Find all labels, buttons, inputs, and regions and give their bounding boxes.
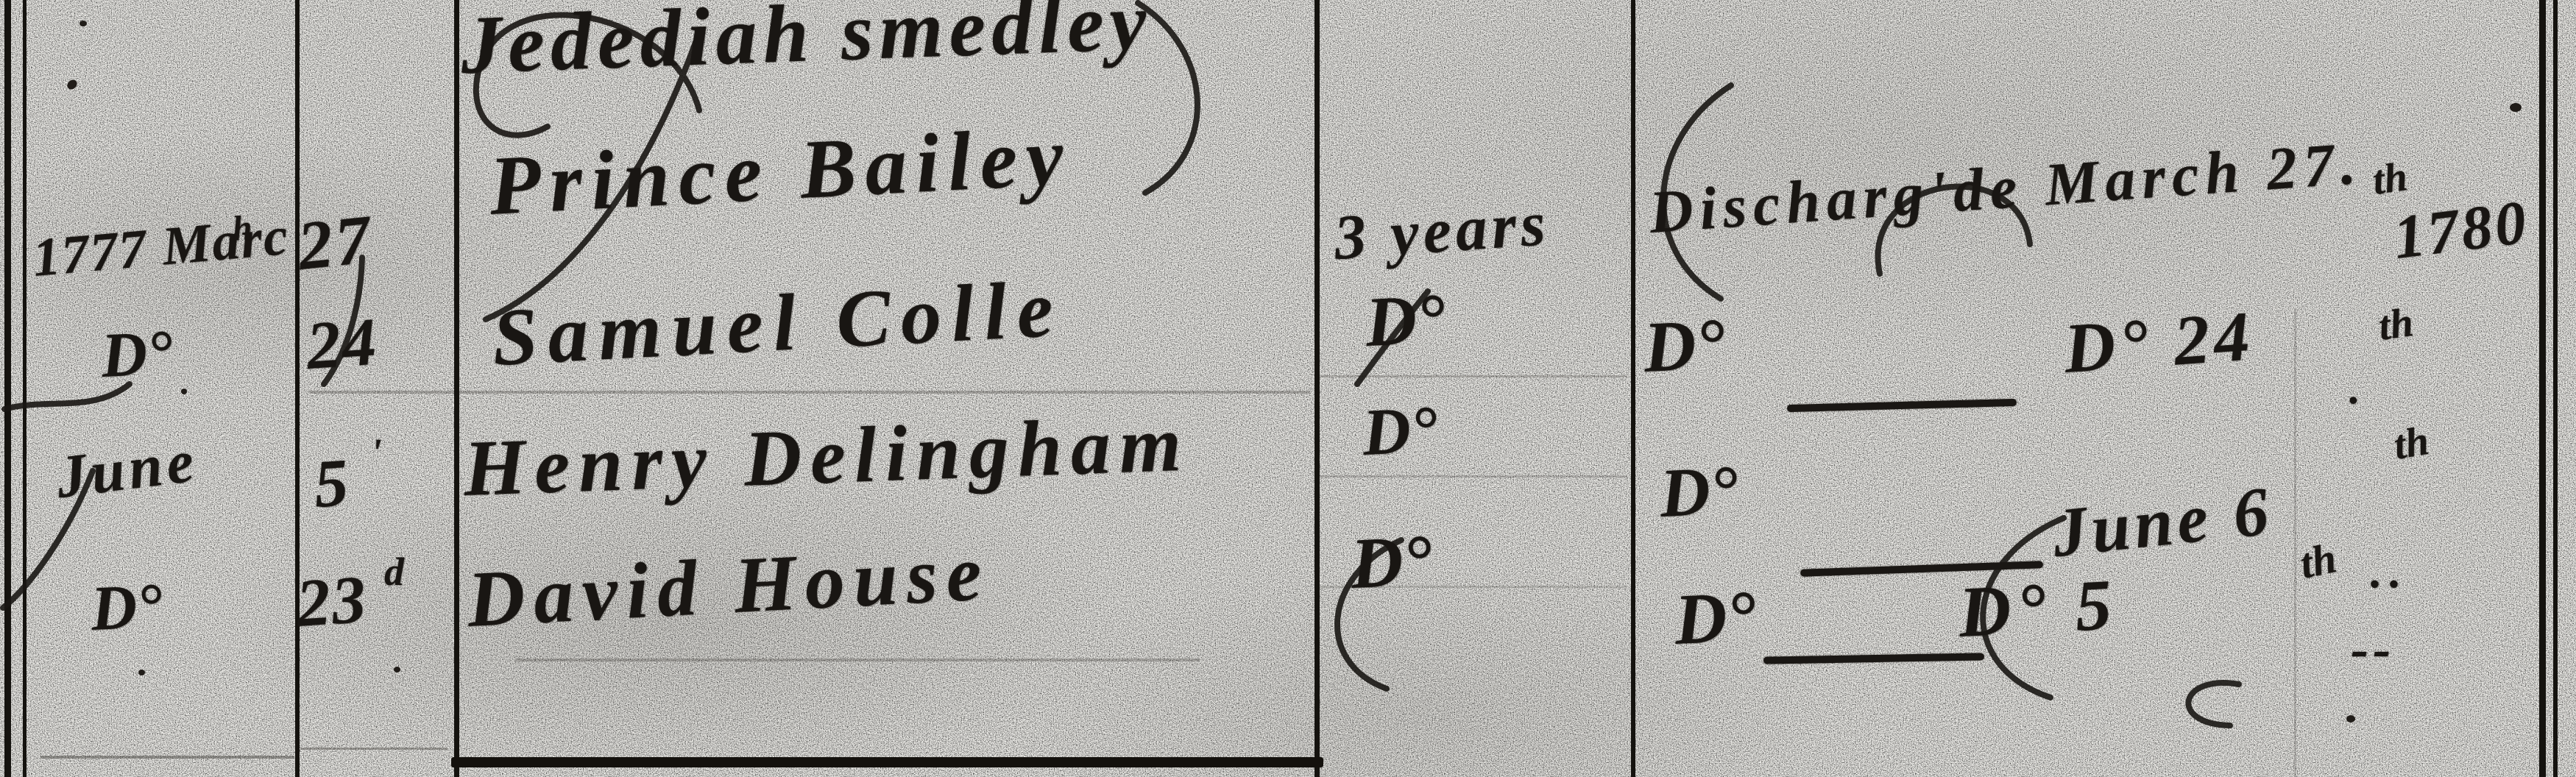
- entry-row1-date-superscript: h: [231, 210, 254, 247]
- ruled-baseline: [515, 659, 1200, 661]
- entry-row1-day: 27: [294, 205, 376, 281]
- ruled-baseline: [40, 756, 294, 759]
- ink-speck: [181, 388, 187, 394]
- ledger-page: Jedediah smedley 1777 Marc h 27 Prince B…: [0, 0, 2576, 777]
- ink-speck: [66, 78, 79, 91]
- entry-row3-date: June: [53, 430, 201, 508]
- ink-speck: [2346, 715, 2355, 723]
- entry-row4-ditto-dash: [1763, 653, 1984, 664]
- entry-row2-discharge-date: D° 24: [2062, 300, 2256, 384]
- ruled-baseline: [300, 748, 447, 750]
- col-divider-date-day: [295, 0, 300, 777]
- ruled-baseline: [309, 391, 1310, 394]
- entry-row4-discharge-ditto: D°: [1673, 580, 1758, 656]
- entry-row3-discharge-superscript: th: [2391, 420, 2432, 466]
- ruled-baseline: [1320, 475, 1627, 478]
- right-inner-rule: [2539, 0, 2546, 777]
- entry-row1-discharge: Discharg'de March 27.: [1647, 133, 2364, 243]
- entry-row1-discharge-superscript: th: [2370, 156, 2410, 202]
- col-divider-day-name: [454, 0, 459, 777]
- left-outer-rule: [4, 0, 11, 777]
- entry-row2-day: 24: [305, 308, 380, 380]
- col-divider-term-discharge: [1631, 0, 1635, 777]
- entry-row4-discharge-superscript: th: [2296, 536, 2340, 586]
- entry-row4-day-superscript: d: [384, 552, 404, 592]
- entry-row1-term: 3 years: [1332, 191, 1551, 269]
- entry-row3-discharge-date: June 6: [2049, 476, 2276, 568]
- cut-off-curve: [2188, 683, 2239, 725]
- entry-name-jedediah-smedley: Jedediah smedley: [459, 0, 1153, 87]
- ink-speck: [138, 670, 145, 675]
- entry-row3-name: Henry Delingham: [462, 405, 1191, 509]
- ruled-baseline: [1320, 375, 1627, 377]
- entry-row1-discharge-year: 1780: [2391, 191, 2533, 269]
- right-outer-rule: [2553, 0, 2558, 777]
- entry-row2-name: Samuel Colle: [490, 268, 1065, 378]
- entry-row2-discharge-superscript: th: [2376, 302, 2416, 347]
- entry-row2-ditto-dash: [1787, 399, 2017, 412]
- entry-row3-day-mark: ': [371, 434, 381, 472]
- col-divider-name-term: [1314, 0, 1320, 777]
- ink-speck: [79, 21, 87, 26]
- entry-row3-day: 5: [312, 448, 350, 518]
- bottom-border-rule: [451, 757, 1323, 767]
- left-inner-rule: [23, 0, 26, 777]
- entry-row4-name: David House: [465, 533, 992, 640]
- entry-row2-date: D°: [99, 320, 174, 387]
- entry-row1-date: 1777 Marc: [31, 209, 291, 285]
- paper-grain-texture: [0, 0, 2576, 777]
- entry-row3-discharge-mark: ··: [2368, 561, 2407, 608]
- entry-row4-discharge-date: D° 5: [1957, 569, 2119, 649]
- entry-row4-term: D°: [1349, 524, 1434, 600]
- entry-row2-discharge-ditto: D°: [1642, 308, 1727, 384]
- entry-row3-discharge-ditto: D°: [1658, 455, 1739, 528]
- entry-row3-term: D°: [1361, 397, 1439, 466]
- ink-speck: [394, 667, 400, 673]
- entry-row4-date: D°: [89, 573, 163, 640]
- entry-row4-day: 23: [294, 565, 369, 637]
- entry-row2-discharge-mark: .: [2349, 366, 2360, 411]
- ink-speck: [2510, 103, 2522, 112]
- handwriting-flourishes: [0, 0, 2576, 777]
- entry-row1-name: Prince Bailey: [487, 114, 1074, 228]
- entry-row4-discharge-mark: --: [2351, 622, 2395, 675]
- entry-row2-term: D°: [1364, 283, 1447, 358]
